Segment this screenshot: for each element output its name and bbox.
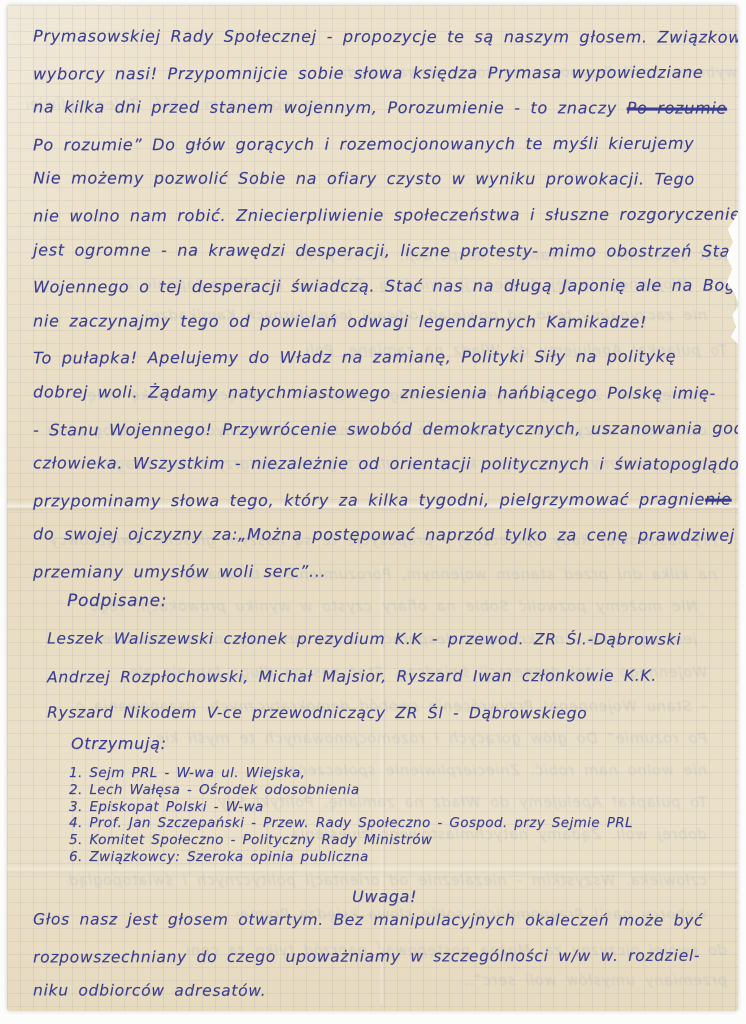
handwritten-line: Po rozumie” Do głów gorących i rozemocjo…	[33, 125, 733, 162]
scanned-page: wyborcy nasi! Przypomnijcie sobie słowa …	[7, 5, 738, 1011]
line-text: Leszek Waliszewski członek prezydium K.K…	[47, 629, 681, 648]
line-text: 2. Lech Wałęsa - Ośrodek odosobnienia	[69, 782, 360, 798]
handwritten-line: 2. Lech Wałęsa - Ośrodek odosobnienia	[69, 782, 633, 799]
line-text: Wojennego o tej desperacji świadczą. Sta…	[33, 276, 738, 297]
handwritten-line: To pułapka! Apelujemy do Władz na zamian…	[33, 339, 733, 376]
handwritten-line: nie wolno nam robić. Zniecierpliwienie s…	[33, 197, 733, 234]
handwritten-line: 1. Sejm PRL - W-wa ul. Wiejska,	[69, 765, 633, 782]
line-text: przemiany umysłów woli serc”...	[33, 562, 326, 582]
handwritten-line: jest ogromne - na krawędzi desperacji, l…	[33, 232, 733, 269]
line-text: 6. Związkowcy: Szeroka opinia publiczna	[69, 849, 369, 865]
struck-out-text: Po rozumie	[627, 99, 727, 118]
line-text: - Stanu Wojennego! Przywrócenie swobód d…	[33, 418, 738, 439]
line-text: 1. Sejm PRL - W-wa ul. Wiejska,	[69, 765, 305, 781]
note-body: Głos nasz jest głosem otwartym. Bez mani…	[33, 903, 733, 1010]
line-text: nie wolno nam robić. Zniecierpliwienie s…	[33, 205, 738, 226]
handwritten-line: do swojej ojczyzny za:„Można postępować …	[33, 517, 733, 554]
handwritten-line: wyborcy nasi! Przypomnijcie sobie słowa …	[33, 54, 733, 91]
handwritten-line: Leszek Waliszewski członek prezydium K.K…	[47, 620, 681, 658]
handwritten-line: Nie możemy pozwolić Sobie na ofiary czys…	[33, 161, 733, 198]
recipients-list: 1. Sejm PRL - W-wa ul. Wiejska,2. Lech W…	[69, 765, 633, 866]
line-text: Nie możemy pozwolić Sobie na ofiary czys…	[33, 169, 695, 189]
line-text: 3. Episkopat Polski - W-wa	[69, 799, 264, 815]
handwritten-line: człowieka. Wszystkim - niezależnie od or…	[33, 446, 733, 483]
handwritten-line: Głos nasz jest głosem otwartym. Bez mani…	[33, 902, 733, 939]
line-text: Po rozumie” Do głów gorących i rozemocjo…	[33, 133, 694, 154]
handwritten-line: - Stanu Wojennego! Przywrócenie swobód d…	[33, 410, 733, 447]
line-text: Prymasowskiej Rady Społecznej - propozyc…	[33, 26, 738, 46]
handwritten-line: 5. Komitet Społeczno - Polityczny Rady M…	[69, 832, 633, 849]
handwritten-line: przypominamy słowa tego, który za kilka …	[33, 481, 733, 518]
letter-body: Prymasowskiej Rady Społecznej - propozyc…	[33, 19, 733, 589]
line-text: nie zaczynajmy tego od powielań odwagi l…	[33, 311, 647, 331]
handwritten-line: Wojennego o tej desperacji świadczą. Sta…	[33, 268, 733, 305]
handwritten-line: przemiany umysłów woli serc”...	[33, 552, 733, 589]
line-text: dobrej woli. Żądamy natychmiastowego zni…	[33, 382, 716, 402]
handwritten-line: Ryszard Nikodem V-ce przewodniczący ZR Ś…	[47, 694, 681, 732]
line-text: niku odbiorców adresatów.	[33, 981, 266, 999]
line-text: do swojej ojczyzny za:„Można postępować …	[33, 525, 735, 545]
handwritten-line: 4. Prof. Jan Szczepański - Przew. Rady S…	[69, 815, 633, 832]
handwritten-line: rozpowszechniany do czego upoważniamy w …	[33, 938, 733, 975]
line-text: na kilka dni przed stanem wojennym, Poro…	[33, 98, 627, 118]
line-text: 4. Prof. Jan Szczepański - Przew. Rady S…	[69, 815, 633, 831]
handwritten-line: na kilka dni przed stanem wojennym, Poro…	[33, 90, 733, 127]
line-text: wyborcy nasi! Przypomnijcie sobie słowa …	[33, 62, 704, 83]
recipients-heading: Otrzymują:	[71, 734, 167, 753]
handwritten-line: 3. Episkopat Polski - W-wa	[69, 799, 633, 816]
signature-list: Leszek Waliszewski członek prezydium K.K…	[47, 621, 681, 732]
line-text: Głos nasz jest głosem otwartym. Bez mani…	[33, 910, 703, 929]
line-text: To pułapka! Apelujemy do Władz na zamian…	[33, 347, 676, 368]
signatures-heading: Podpisane:	[67, 591, 167, 611]
handwritten-line: niku odbiorców adresatów.	[33, 973, 733, 1010]
fold-crease-horizontal	[7, 865, 738, 875]
handwritten-line: dobrej woli. Żądamy natychmiastowego zni…	[33, 374, 733, 411]
line-text: Ryszard Nikodem V-ce przewodniczący ZR Ś…	[47, 703, 587, 722]
handwritten-line: Andrzej Rozpłochowski, Michał Majsior, R…	[47, 658, 681, 697]
handwritten-line: nie zaczynajmy tego od powielań odwagi l…	[33, 303, 733, 340]
line-text: przypominamy słowa tego, który za kilka …	[33, 489, 705, 510]
handwritten-line: 6. Związkowcy: Szeroka opinia publiczna	[69, 849, 633, 866]
line-text: rozpowszechniany do czego upoważniamy w …	[33, 946, 700, 966]
handwritten-line: Prymasowskiej Rady Społecznej - propozyc…	[33, 18, 733, 55]
struck-out-text: nie	[705, 489, 732, 508]
line-text: jest ogromne - na krawędzi desperacji, l…	[33, 240, 738, 260]
line-text: Andrzej Rozpłochowski, Michał Majsior, R…	[47, 667, 657, 687]
line-text: 5. Komitet Społeczno - Polityczny Rady M…	[69, 832, 432, 848]
line-text: człowieka. Wszystkim - niezależnie od or…	[33, 454, 738, 474]
